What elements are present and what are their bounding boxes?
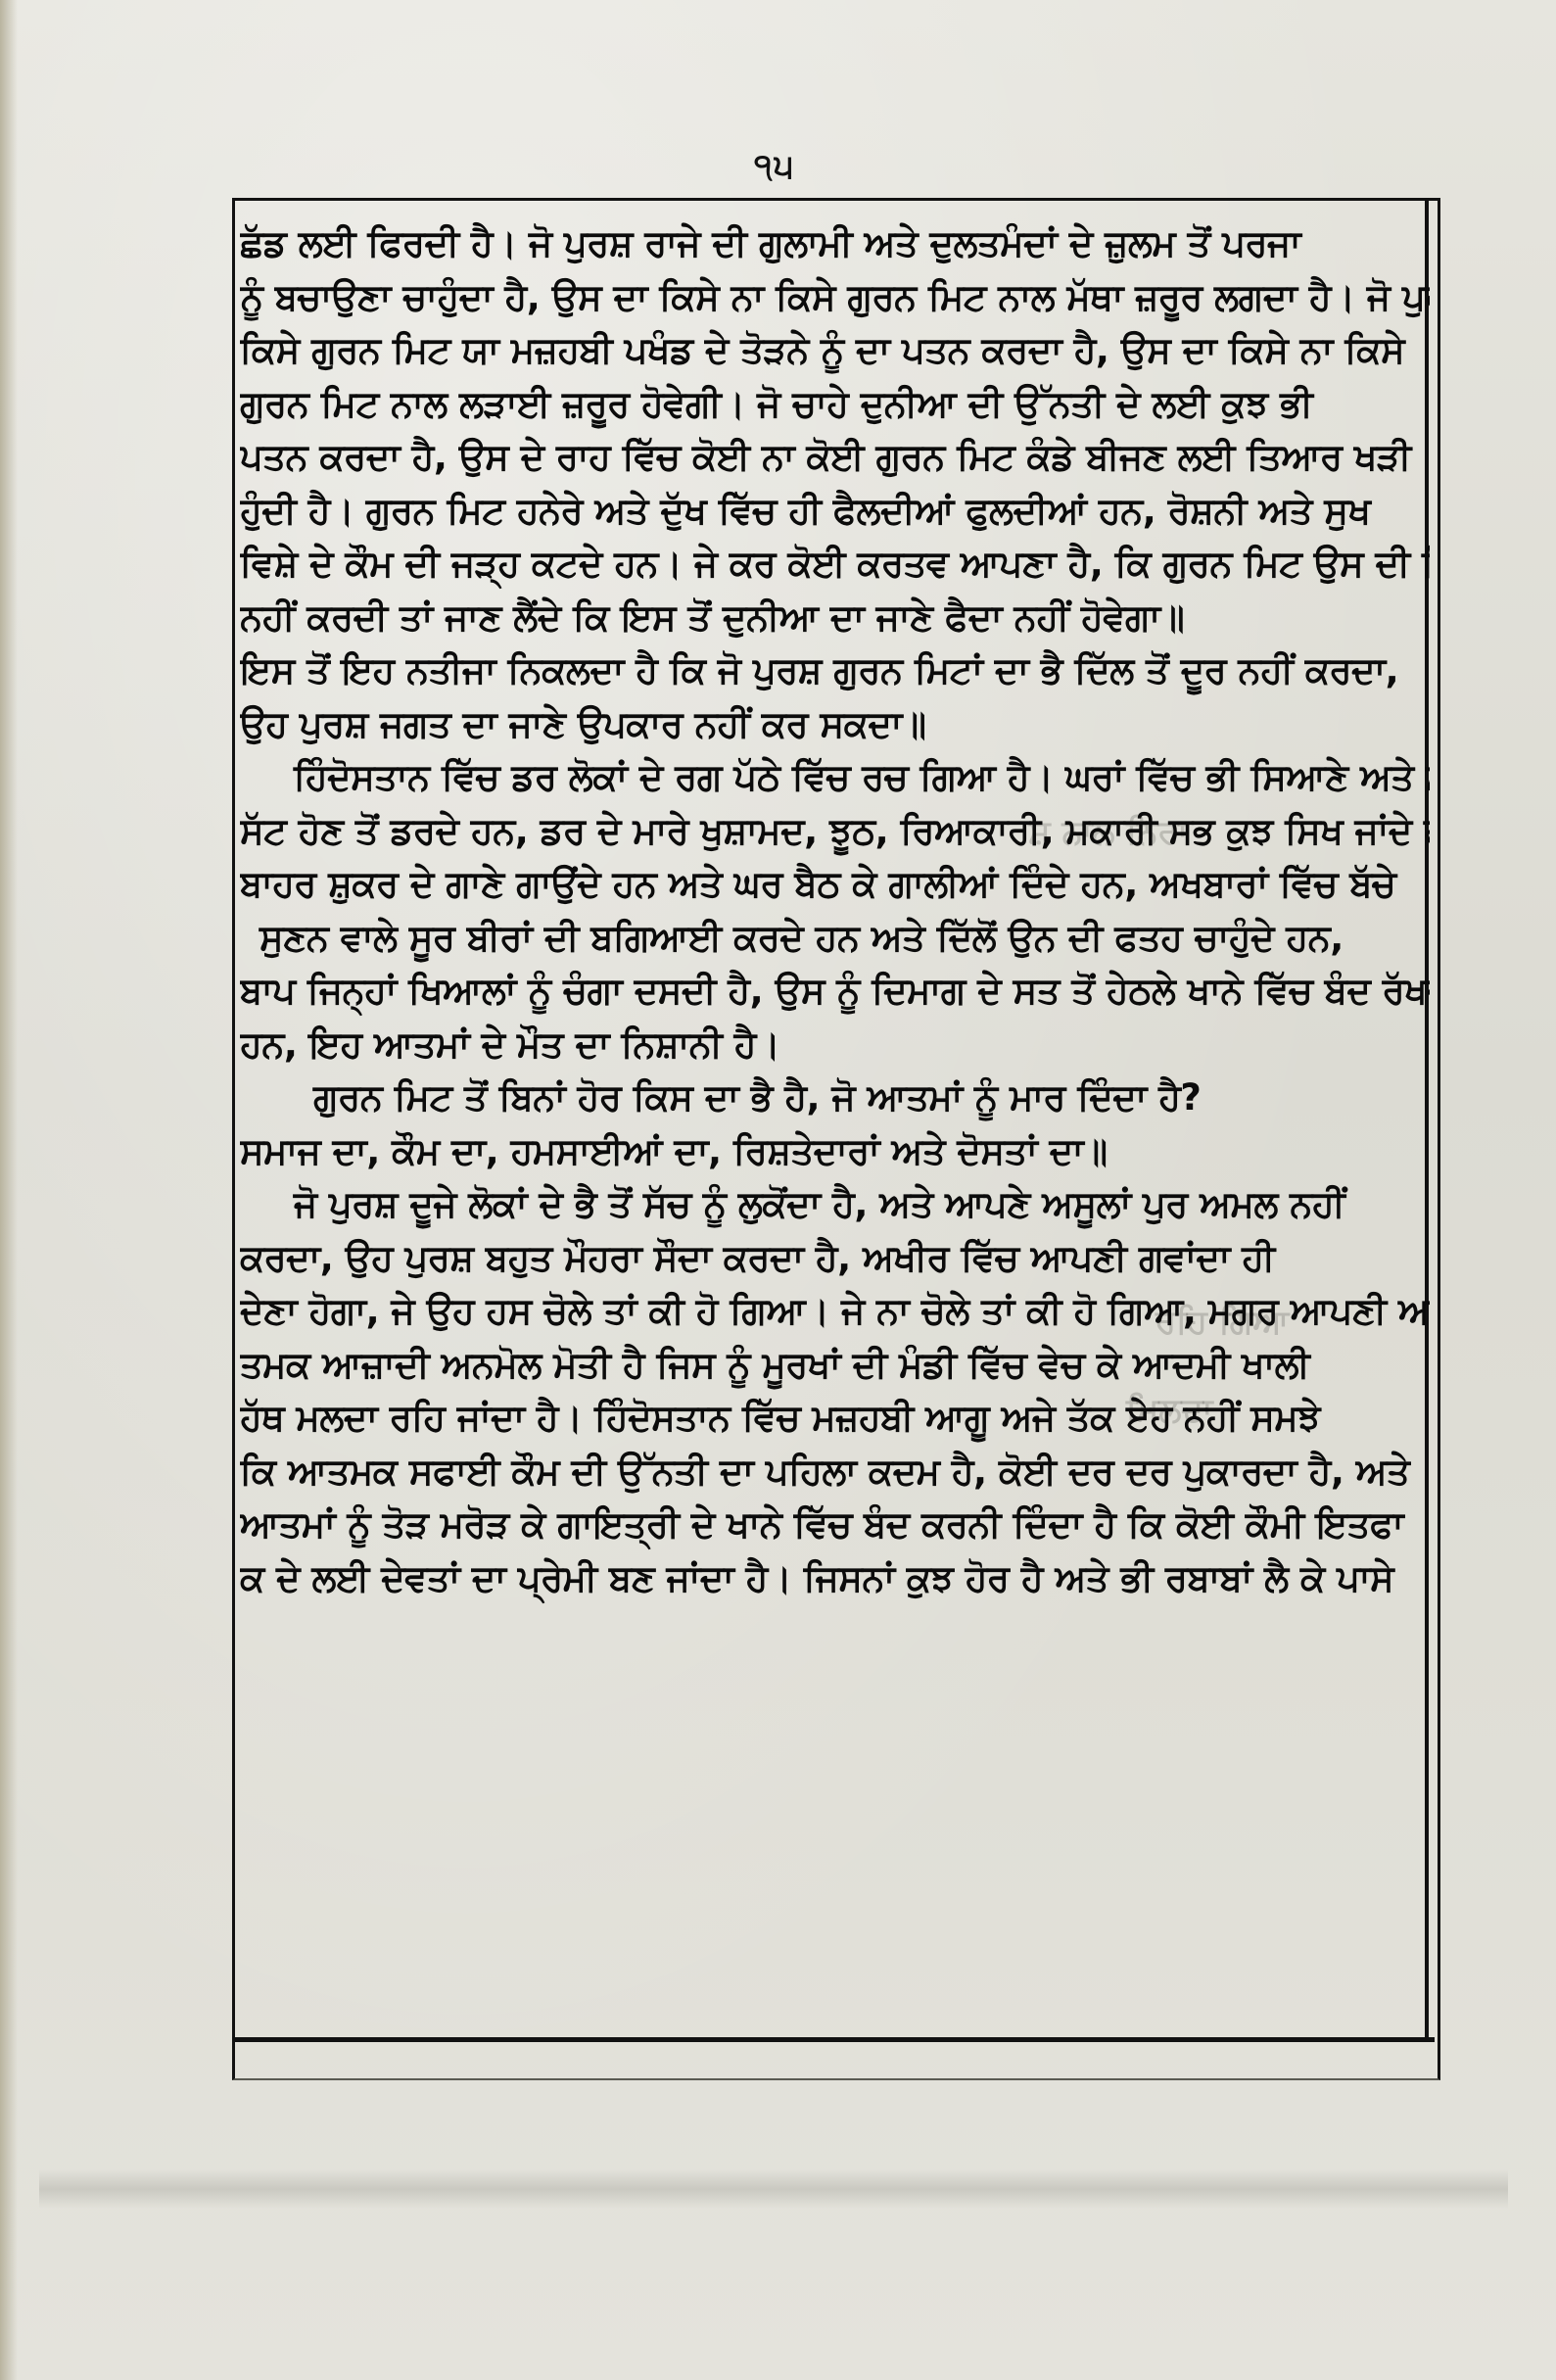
paragraph-start-line: ਹਿੰਦੋਸਤਾਨ ਵਿੱਚ ਡਰ ਲੋਕਾਂ ਦੇ ਰਗ ਪੱਠੇ ਵਿੱਚ …: [240, 751, 1430, 805]
text-line: ਕਿਸੇ ਗੁਰਨ ਮਿਟ ਯਾ ਮਜ਼ਹਬੀ ਪਖੰਡ ਦੇ ਤੋੜਨੇ ਨੂ…: [240, 324, 1430, 378]
text-line: ਗੁਰਨ ਮਿਟ ਨਾਲ ਲੜਾਈ ਜ਼ਰੂਰ ਹੋਵੇਗੀ। ਜੋ ਚਾਹੇ …: [240, 378, 1430, 432]
text-line: ਹਨ, ਇਹ ਆਤਮਾਂ ਦੇ ਮੌਤ ਦਾ ਨਿਸ਼ਾਨੀ ਹੈ।: [240, 1019, 1430, 1072]
text-line: ਸੁਣਨ ਵਾਲੇ ਸੂਰ ਬੀਰਾਂ ਦੀ ਬਗਿਆਈ ਕਰਦੇ ਹਨ ਅਤੇ…: [240, 912, 1430, 966]
page-number: ੧੫: [754, 147, 796, 186]
text-line: ਛੱਡ ਲਈ ਫਿਰਦੀ ਹੈ। ਜੋ ਪੁਰਸ਼ ਰਾਜੇ ਦੀ ਗੁਲਾਮੀ…: [240, 217, 1430, 271]
text-line: ਉਹ ਪੁਰਸ਼ ਜਗਤ ਦਾ ਜਾਣੇ ਉਪਕਾਰ ਨਹੀਂ ਕਰ ਸਕਦਾ॥: [240, 698, 1430, 752]
paragraph-start-line: ਜੋ ਪੁਰਸ਼ ਦੂਜੇ ਲੋਕਾਂ ਦੇ ਭੈ ਤੋਂ ਸੱਚ ਨੂੰ ਲੁ…: [240, 1178, 1430, 1232]
text-line: ਵਿਸ਼ੇ ਦੇ ਕੌਮ ਦੀ ਜੜ੍ਹ ਕਟਦੇ ਹਨ। ਜੇ ਕਰ ਕੋਈ …: [240, 538, 1430, 592]
text-line: ਬਾਪ ਜਿਨ੍ਹਾਂ ਖਿਆਲਾਂ ਨੂੰ ਚੰਗਾ ਦਸਦੀ ਹੈ, ਉਸ …: [240, 965, 1430, 1019]
text-line: ਕ ਦੇ ਲਈ ਦੇਵਤਾਂ ਦਾ ਪ੍ਰੇਮੀ ਬਣ ਜਾਂਦਾ ਹੈ। ਜਿ…: [240, 1552, 1430, 1606]
text-line: ਤਮਕ ਆਜ਼ਾਦੀ ਅਨਮੋਲ ਮੋਤੀ ਹੈ ਜਿਸ ਨੂੰ ਮੂਰਖਾਂ …: [240, 1339, 1430, 1393]
text-line: ਕਰਦਾ, ਉਹ ਪੁਰਸ਼ ਬਹੁਤ ਮੌਹਰਾ ਸੌਦਾ ਕਰਦਾ ਹੈ, …: [240, 1232, 1430, 1286]
text-line: ਪਤਨ ਕਰਦਾ ਹੈ, ਉਸ ਦੇ ਰਾਹ ਵਿੱਚ ਕੋਈ ਨਾ ਕੋਈ ਗ…: [240, 431, 1430, 485]
question-line: ਗੁਰਨ ਮਿਟ ਤੋਂ ਬਿਨਾਂ ਹੋਰ ਕਿਸ ਦਾ ਭੈ ਹੈ, ਜੋ …: [240, 1071, 1430, 1125]
text-line: ਇਸ ਤੋਂ ਇਹ ਨਤੀਜਾ ਨਿਕਲਦਾ ਹੈ ਕਿ ਜੋ ਪੁਰਸ਼ ਗੁ…: [240, 644, 1430, 698]
fold-smudge: [39, 2169, 1508, 2209]
body-text: ਛੱਡ ਲਈ ਫਿਰਦੀ ਹੈ। ਜੋ ਪੁਰਸ਼ ਰਾਜੇ ਦੀ ਗੁਲਾਮੀ…: [240, 217, 1430, 1605]
text-line: ਹੁੰਦੀ ਹੈ। ਗੁਰਨ ਮਿਟ ਹਨੇਰੇ ਅਤੇ ਦੁੱਖ ਵਿੱਚ ਹ…: [240, 485, 1430, 539]
text-line: ਦੇਣਾ ਹੋਗਾ, ਜੇ ਉਹ ਹਸ ਚੋਲੇ ਤਾਂ ਕੀ ਹੋ ਗਿਆ। …: [240, 1285, 1430, 1339]
text-line: ਬਾਹਰ ਸ਼ੁਕਰ ਦੇ ਗਾਣੇ ਗਾਉਂਦੇ ਹਨ ਅਤੇ ਘਰ ਬੈਠ …: [240, 858, 1430, 912]
text-line: ਸੱਟ ਹੋਣ ਤੋਂ ਡਰਦੇ ਹਨ, ਡਰ ਦੇ ਮਾਰੇ ਖੁਸ਼ਾਮਦ,…: [240, 805, 1430, 859]
frame-bottom-rule: [232, 2037, 1435, 2042]
text-line: ਆਤਮਾਂ ਨੂੰ ਤੋੜ ਮਰੋੜ ਕੇ ਗਾਇਤ੍ਰੀ ਦੇ ਖਾਨੇ ਵਿ…: [240, 1499, 1430, 1552]
text-line: ਹੱਥ ਮਲਦਾ ਰਹਿ ਜਾਂਦਾ ਹੈ। ਹਿੰਦੋਸਤਾਨ ਵਿੱਚ ਮਜ…: [240, 1392, 1430, 1446]
page-edge: [0, 0, 18, 2380]
text-line: ਕਿ ਆਤਮਕ ਸਫਾਈ ਕੌਮ ਦੀ ਉੱਨਤੀ ਦਾ ਪਹਿਲਾ ਕਦਮ ਹ…: [240, 1446, 1430, 1499]
text-line: ਨੂੰ ਬਚਾਉਣਾ ਚਾਹੁੰਦਾ ਹੈ, ਉਸ ਦਾ ਕਿਸੇ ਨਾ ਕਿਸ…: [240, 271, 1430, 325]
answer-line: ਸਮਾਜ ਦਾ, ਕੌਮ ਦਾ, ਹਮਸਾਈਆਂ ਦਾ, ਰਿਸ਼ਤੇਦਾਰਾਂ…: [240, 1125, 1430, 1179]
text-line: ਨਹੀਂ ਕਰਦੀ ਤਾਂ ਜਾਣ ਲੈਂਦੇ ਕਿ ਇਸ ਤੋਂ ਦੁਨੀਆ …: [240, 592, 1430, 645]
